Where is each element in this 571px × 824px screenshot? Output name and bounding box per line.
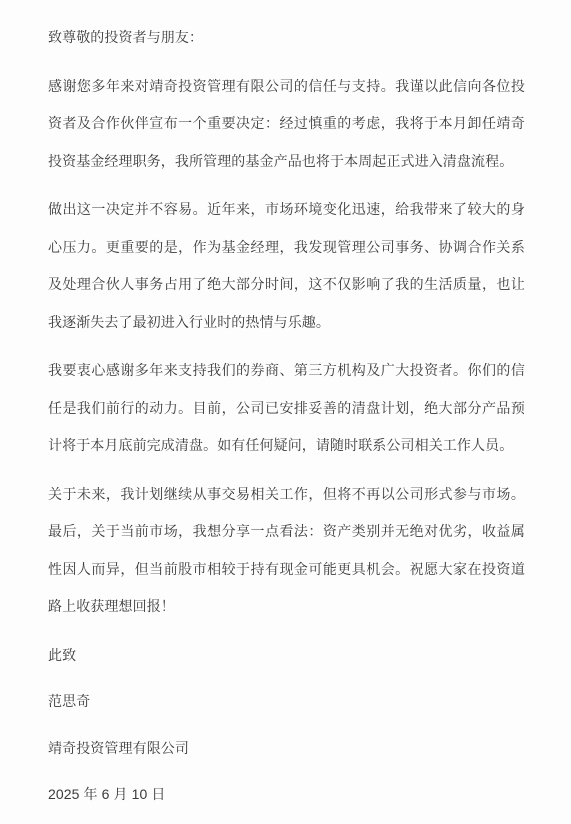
letter-paragraph: 感谢您多年来对靖奇投资管理有限公司的信任与支持。我谨以此信向各位投资者及合作伙伴… xyxy=(48,68,525,181)
letter-closing: 此致 xyxy=(48,637,525,675)
letter-paragraph: 我要衷心感谢多年来支持我们的券商、第三方机构及广大投资者。你们的信任是我们前行的… xyxy=(48,352,525,465)
signature-company: 靖奇投资管理有限公司 xyxy=(48,730,525,768)
letter-salutation: 致尊敬的投资者与朋友： xyxy=(48,19,525,57)
letter-date: 2025 年 6 月 10 日 xyxy=(48,776,525,814)
letter-paragraph: 做出这一决定并不容易。近年来，市场环境变化迅速，给我带来了较大的身心压力。更重要… xyxy=(48,191,525,341)
letter-paragraph: 关于未来，我计划继续从事交易相关工作，但将不再以公司形式参与市场。最后，关于当前… xyxy=(48,476,525,626)
letter-page: 致尊敬的投资者与朋友： 感谢您多年来对靖奇投资管理有限公司的信任与支持。我谨以此… xyxy=(48,19,525,814)
signature-name: 范思奇 xyxy=(48,683,525,721)
